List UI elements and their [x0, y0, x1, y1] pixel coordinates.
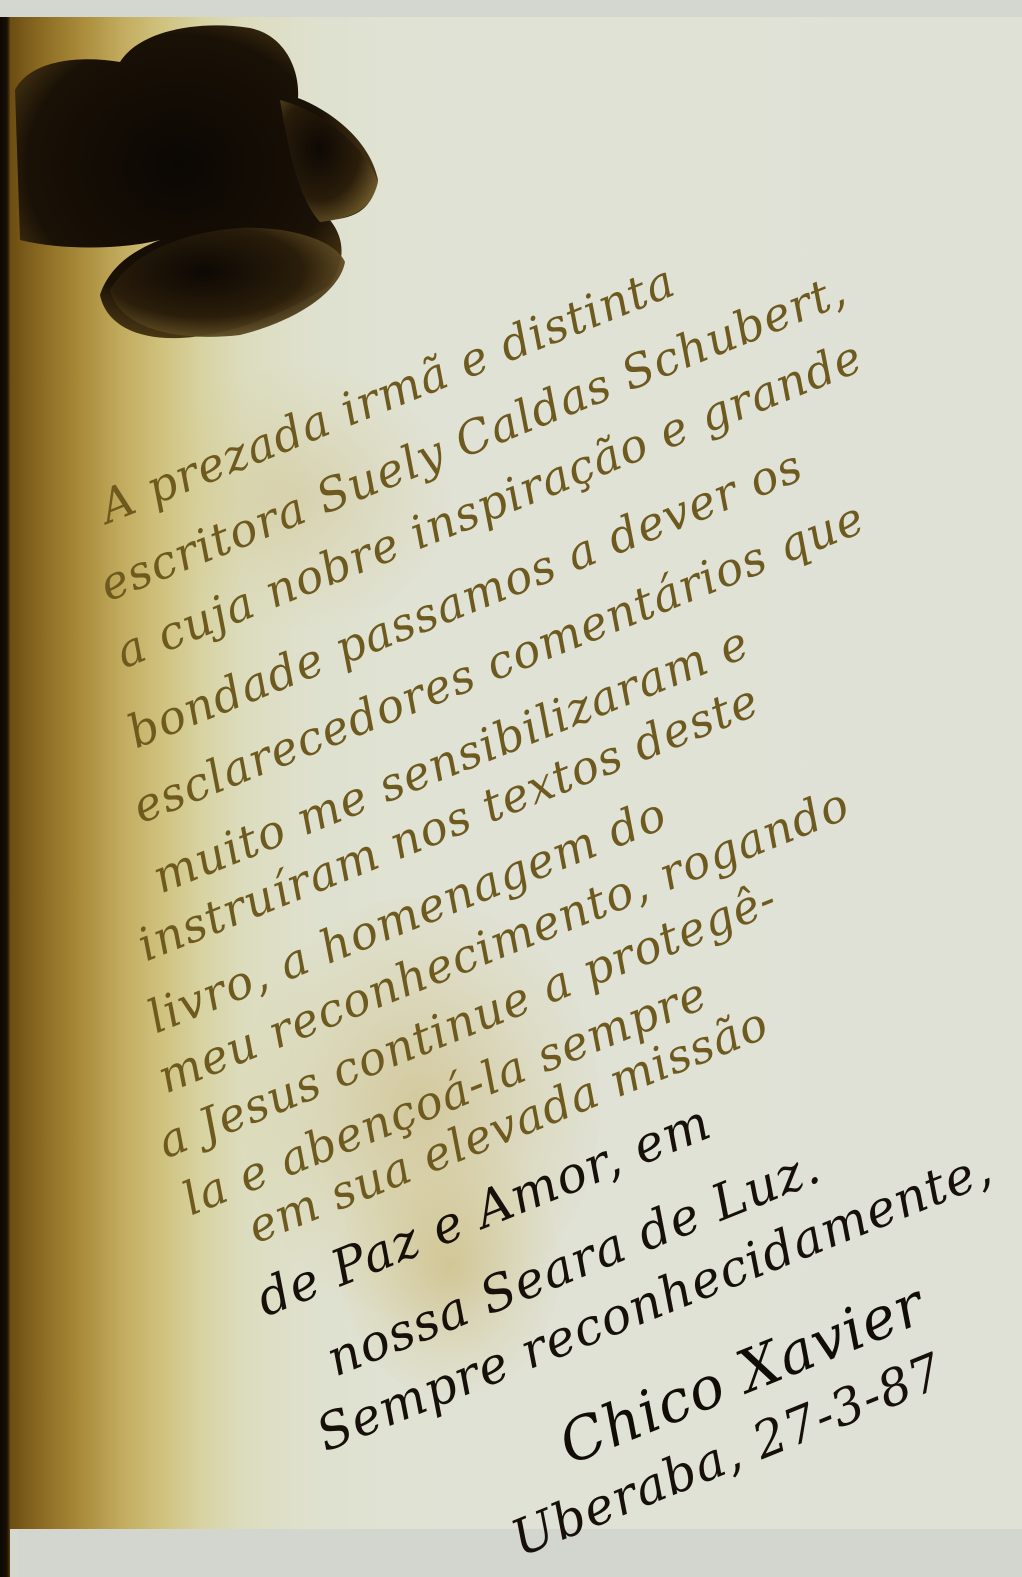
handwritten-dedication: A prezada irmã e distinta escritora Suel… [0, 0, 1022, 1577]
